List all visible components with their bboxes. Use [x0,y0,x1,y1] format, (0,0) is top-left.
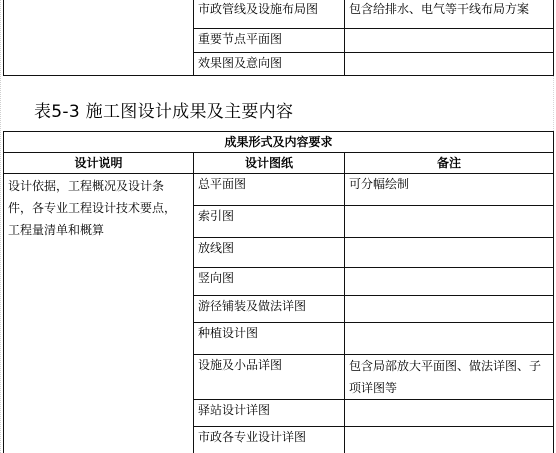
note-cell: 可分幅绘制 [345,174,554,206]
header-design-drawings: 设计图纸 [194,153,345,174]
note-cell [345,53,554,76]
table-title-row: 成果形式及内容要求 [4,132,554,153]
note-cell: 包含局部放大平面图、做法详图、子项详图等 [345,355,554,400]
table-row: 市政管线及设施布局图 包含给排水、电气等干线布局方案 [4,0,554,29]
drawing-cell: 效果图及意向图 [194,53,345,76]
table-title: 成果形式及内容要求 [4,132,554,153]
drawing-cell: 游径铺装及做法详图 [194,296,345,323]
drawing-cell: 放线图 [194,238,345,268]
header-design-description: 设计说明 [4,153,194,174]
table-header-row: 设计说明 设计图纸 备注 [4,153,554,174]
note-cell [345,296,554,323]
drawing-cell: 竖向图 [194,268,345,296]
note-cell [345,238,554,268]
drawing-cell: 市政管线及设施布局图 [194,0,345,29]
drawing-cell: 市政各专业设计详图 [194,427,345,453]
note-cell [345,400,554,427]
table-row: 设计依据，工程概况及设计条件，各专业工程设计技术要点，工程量清单和概算 总平面图… [4,174,554,206]
table-5-3: 成果形式及内容要求 设计说明 设计图纸 备注 设计依据，工程概况及设计条件，各专… [3,131,554,453]
note-cell [345,206,554,238]
note-cell [345,268,554,296]
note-cell: 包含给排水、电气等干线布局方案 [345,0,554,29]
header-remarks: 备注 [345,153,554,174]
note-cell [345,427,554,453]
note-cell [345,29,554,53]
drawing-cell: 驿站设计详图 [194,400,345,427]
drawing-cell: 种植设计图 [194,323,345,355]
drawing-cell: 总平面图 [194,174,345,206]
note-cell [345,323,554,355]
design-description-cell: 设计依据，工程概况及设计条件，各专业工程设计技术要点，工程量清单和概算 [4,174,194,453]
table-caption: 表5-3 施工图设计成果及主要内容 [34,97,293,122]
drawing-cell: 索引图 [194,206,345,238]
merged-description-cell [4,0,194,76]
page-edge-left [0,0,2,453]
drawing-cell: 重要节点平面图 [194,29,345,53]
table-5-2-continued: 市政管线及设施布局图 包含给排水、电气等干线布局方案 重要节点平面图 效果图及意… [3,0,554,76]
drawing-cell: 设施及小品详图 [194,355,345,400]
